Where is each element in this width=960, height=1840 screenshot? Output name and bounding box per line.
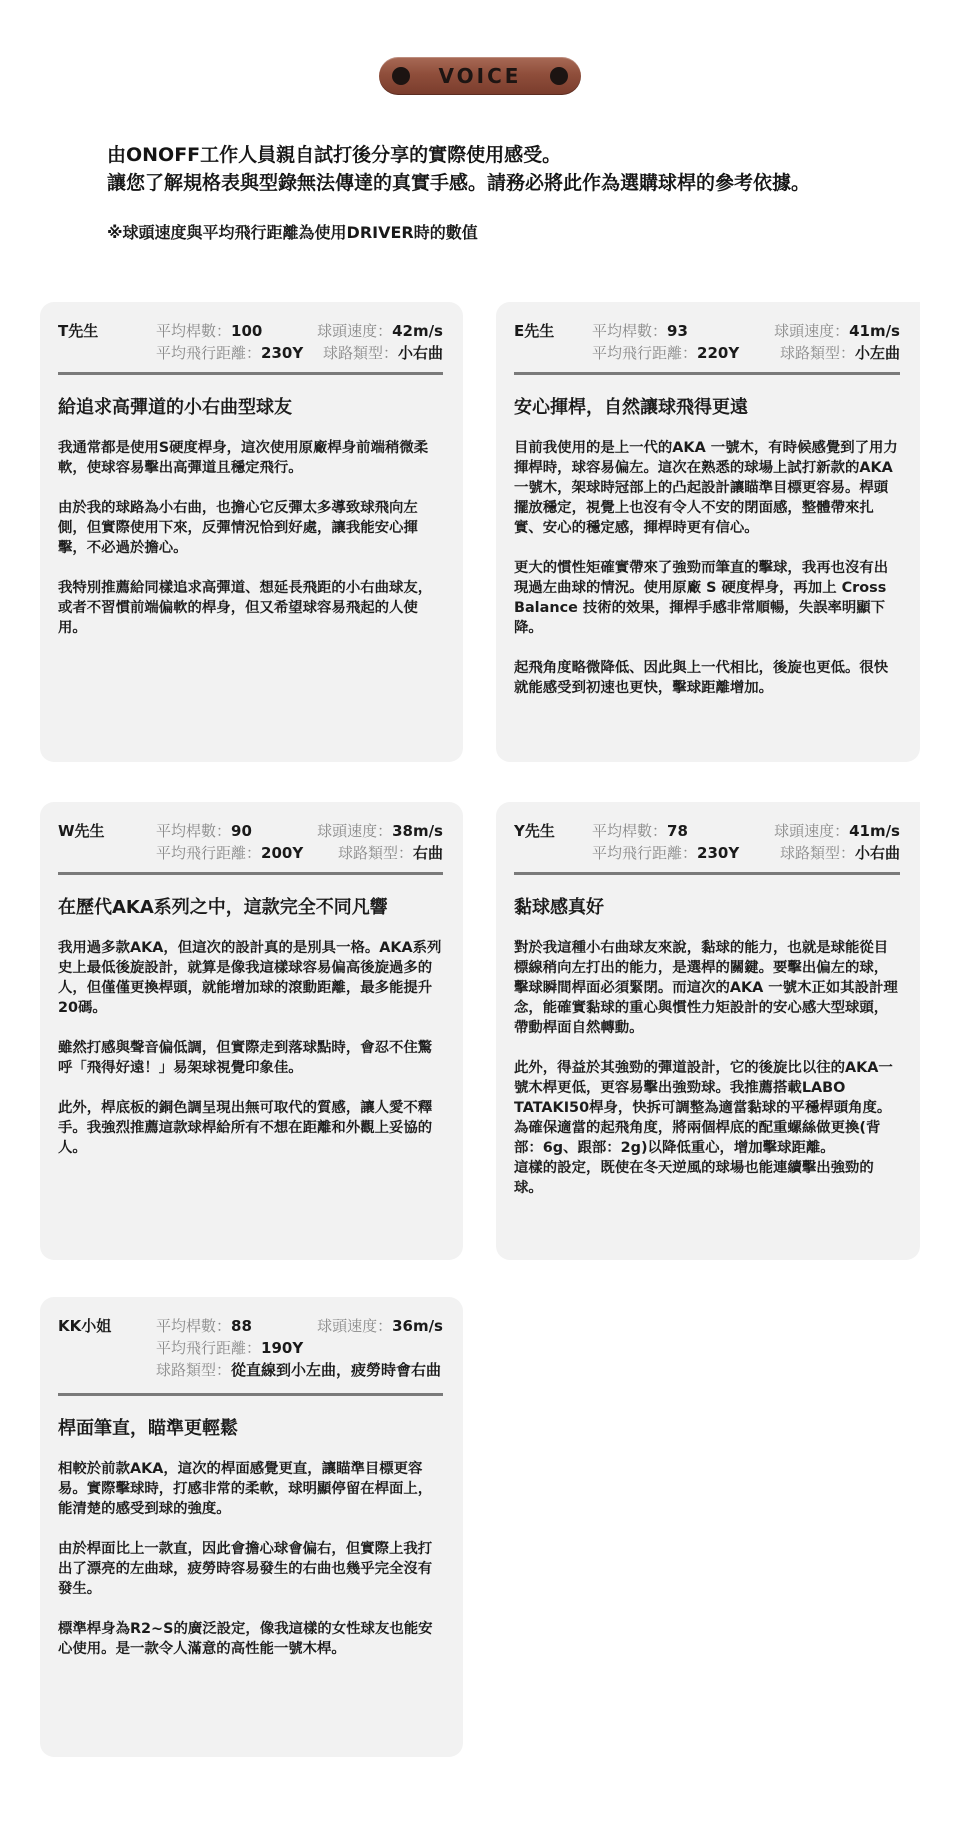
stat-label: 平均飛行距離： [156, 1339, 261, 1357]
stat-label: 平均飛行距離： [156, 344, 261, 362]
review-paragraph: 對於我這種小右曲球友來說，黏球的能力，也就是球能從目標線稍向左打出的能力，是選桿… [514, 938, 900, 1038]
divider [514, 872, 900, 875]
reviewer-name: Y先生 [514, 820, 555, 841]
stat-head-speed: 球頭速度：41m/s [774, 320, 900, 341]
stat-value: 93 [667, 322, 688, 340]
review-paragraph: 更大的慣性矩確實帶來了強勁而筆直的擊球，我再也沒有出現過左曲球的情況。使用原廠 … [514, 558, 900, 638]
divider [514, 372, 900, 375]
review-title: 桿面筆直，瞄準更輕鬆 [58, 1416, 443, 1442]
stat-value: 41m/s [849, 322, 900, 340]
reviewer-name: E先生 [514, 320, 554, 341]
stat-ball-path: 球路類型：右曲 [338, 842, 443, 863]
review-paragraph: 標準桿身為R2~S的廣泛設定，像我這樣的女性球友也能安心使用。是一款令人滿意的高… [58, 1619, 443, 1659]
review-paragraph: 雖然打感與聲音偏低調，但實際走到落球點時，會忍不住驚呼「飛得好遠！」易架球視覺印… [58, 1038, 443, 1078]
stat-label: 球路類型： [780, 344, 855, 362]
review-title: 給追求高彈道的小右曲型球友 [58, 395, 443, 421]
review-card-kk: KK小姐 平均桿數：88 球頭速度：36m/s 平均飛行距離：190Y 球路類型… [40, 1297, 463, 1757]
review-paragraph: 此外，桿底板的銅色調呈現出無可取代的質感，讓人愛不釋手。我強烈推薦這款球桿給所有… [58, 1098, 443, 1158]
stat-label: 平均桿數： [592, 322, 667, 340]
stat-avg-distance: 平均飛行距離：190Y [156, 1337, 303, 1358]
rivet-icon [392, 67, 410, 85]
stat-avg-strokes: 平均桿數：90 [156, 820, 252, 841]
stat-value: 220Y [697, 344, 739, 362]
intro-text: 由ONOFF工作人員親自試打後分享的實際使用感受。 讓您了解規格表與型錄無法傳達… [107, 141, 810, 197]
stat-avg-strokes: 平均桿數：100 [156, 320, 262, 341]
stat-value: 41m/s [849, 822, 900, 840]
divider [58, 872, 443, 875]
stat-label: 平均桿數： [156, 1317, 231, 1335]
review-paragraph: 我用過多款AKA，但這次的設計真的是別具一格。AKA系列史上最低後旋設計，就算是… [58, 938, 443, 1018]
stat-label: 球頭速度： [774, 322, 849, 340]
stat-avg-distance: 平均飛行距離：220Y [592, 342, 739, 363]
stat-avg-strokes: 平均桿數：93 [592, 320, 688, 341]
review-body: 對於我這種小右曲球友來說，黏球的能力，也就是球能從目標線稍向左打出的能力，是選桿… [514, 938, 900, 1198]
review-header: E先生 平均桿數：93 球頭速度：41m/s 平均飛行距離：220Y 球路類型：… [514, 302, 900, 372]
divider [58, 372, 443, 375]
stat-head-speed: 球頭速度：41m/s [774, 820, 900, 841]
stat-avg-strokes: 平均桿數：88 [156, 1315, 252, 1336]
stat-label: 平均桿數： [156, 822, 231, 840]
stat-ball-path: 球路類型：小右曲 [780, 842, 900, 863]
measurement-note: ※球頭速度與平均飛行距離為使用DRIVER時的數值 [107, 220, 478, 243]
stat-label: 球頭速度： [317, 822, 392, 840]
review-body: 目前我使用的是上一代的AKA 一號木，有時候感覺到了用力揮桿時，球容易偏左。這次… [514, 438, 900, 698]
review-body: 相較於前款AKA，這次的桿面感覺更直，讓瞄準目標更容易。實際擊球時，打感非常的柔… [58, 1459, 443, 1659]
stat-ball-path: 球路類型：從直線到小左曲，疲勞時會右曲 [156, 1359, 441, 1380]
review-card-y: Y先生 平均桿數：78 球頭速度：41m/s 平均飛行距離：230Y 球路類型：… [496, 802, 920, 1260]
stat-value: 90 [231, 822, 252, 840]
stat-value: 230Y [697, 844, 739, 862]
stat-label: 球路類型： [156, 1361, 231, 1379]
stat-value: 小右曲 [398, 344, 443, 362]
reviewer-name: T先生 [58, 320, 98, 341]
stat-avg-distance: 平均飛行距離：230Y [592, 842, 739, 863]
review-header: KK小姐 平均桿數：88 球頭速度：36m/s 平均飛行距離：190Y 球路類型… [58, 1297, 443, 1393]
review-paragraph: 此外，得益於其強勁的彈道設計，它的後旋比以往的AKA一號木桿更低，更容易擊出強勁… [514, 1058, 900, 1198]
stat-ball-path: 球路類型：小右曲 [323, 342, 443, 363]
review-paragraph: 我特別推薦給同樣追求高彈道、想延長飛距的小右曲球友，或者不習慣前端偏軟的桿身，但… [58, 578, 443, 638]
stat-label: 球頭速度： [317, 1317, 392, 1335]
stat-value: 從直線到小左曲，疲勞時會右曲 [231, 1361, 441, 1379]
review-paragraph: 我通常都是使用S硬度桿身，這次使用原廠桿身前端稍微柔軟，使球容易擊出高彈道且穩定… [58, 438, 443, 478]
review-title: 在歷代AKA系列之中，這款完全不同凡響 [58, 895, 443, 921]
stat-value: 小左曲 [855, 344, 900, 362]
stat-label: 球頭速度： [774, 822, 849, 840]
divider [58, 1393, 443, 1396]
review-body: 我通常都是使用S硬度桿身，這次使用原廠桿身前端稍微柔軟，使球容易擊出高彈道且穩定… [58, 438, 443, 638]
stat-label: 球路類型： [338, 844, 413, 862]
stat-value: 38m/s [392, 822, 443, 840]
voice-badge-label: VOICE [439, 64, 522, 88]
voice-badge: VOICE [379, 57, 581, 95]
stat-avg-strokes: 平均桿數：78 [592, 820, 688, 841]
stat-ball-path: 球路類型：小左曲 [780, 342, 900, 363]
stat-head-speed: 球頭速度：36m/s [317, 1315, 443, 1336]
intro-line-2: 讓您了解規格表與型錄無法傳達的真實手感。請務必將此作為選購球桿的參考依據。 [107, 169, 810, 197]
stat-avg-distance: 平均飛行距離：230Y [156, 342, 303, 363]
stat-label: 平均桿數： [156, 322, 231, 340]
stat-value: 36m/s [392, 1317, 443, 1335]
stat-value: 200Y [261, 844, 303, 862]
stat-avg-distance: 平均飛行距離：200Y [156, 842, 303, 863]
stat-value: 78 [667, 822, 688, 840]
reviewer-name: W先生 [58, 820, 105, 841]
review-card-w: W先生 平均桿數：90 球頭速度：38m/s 平均飛行距離：200Y 球路類型：… [40, 802, 463, 1260]
stat-label: 球路類型： [323, 344, 398, 362]
stat-label: 平均飛行距離： [592, 844, 697, 862]
intro-line-1: 由ONOFF工作人員親自試打後分享的實際使用感受。 [107, 141, 810, 169]
stat-value: 42m/s [392, 322, 443, 340]
reviewer-name: KK小姐 [58, 1315, 111, 1336]
review-header: T先生 平均桿數：100 球頭速度：42m/s 平均飛行距離：230Y 球路類型… [58, 302, 443, 372]
review-paragraph: 由於我的球路為小右曲，也擔心它反彈太多導致球飛向左側，但實際使用下來，反彈情況恰… [58, 498, 443, 558]
stat-value: 230Y [261, 344, 303, 362]
stat-value: 右曲 [413, 844, 443, 862]
stat-value: 190Y [261, 1339, 303, 1357]
review-paragraph: 由於桿面比上一款直，因此會擔心球會偏右，但實際上我打出了漂亮的左曲球，疲勞時容易… [58, 1539, 443, 1599]
stat-head-speed: 球頭速度：38m/s [317, 820, 443, 841]
review-header: W先生 平均桿數：90 球頭速度：38m/s 平均飛行距離：200Y 球路類型：… [58, 802, 443, 872]
stat-head-speed: 球頭速度：42m/s [317, 320, 443, 341]
stat-value: 88 [231, 1317, 252, 1335]
review-body: 我用過多款AKA，但這次的設計真的是別具一格。AKA系列史上最低後旋設計，就算是… [58, 938, 443, 1158]
review-paragraph: 相較於前款AKA，這次的桿面感覺更直，讓瞄準目標更容易。實際擊球時，打感非常的柔… [58, 1459, 443, 1519]
stat-label: 平均飛行距離： [156, 844, 261, 862]
stat-value: 100 [231, 322, 262, 340]
review-title: 安心揮桿，自然讓球飛得更遠 [514, 395, 900, 421]
review-paragraph: 目前我使用的是上一代的AKA 一號木，有時候感覺到了用力揮桿時，球容易偏左。這次… [514, 438, 900, 538]
stat-value: 小右曲 [855, 844, 900, 862]
rivet-icon [550, 67, 568, 85]
review-title: 黏球感真好 [514, 895, 900, 921]
review-card-e: E先生 平均桿數：93 球頭速度：41m/s 平均飛行距離：220Y 球路類型：… [496, 302, 920, 762]
review-header: Y先生 平均桿數：78 球頭速度：41m/s 平均飛行距離：230Y 球路類型：… [514, 802, 900, 872]
stat-label: 平均飛行距離： [592, 344, 697, 362]
review-card-t: T先生 平均桿數：100 球頭速度：42m/s 平均飛行距離：230Y 球路類型… [40, 302, 463, 762]
review-paragraph: 起飛角度略微降低、因此與上一代相比，後旋也更低。很快就能感受到初速也更快，擊球距… [514, 658, 900, 698]
stat-label: 球路類型： [780, 844, 855, 862]
stat-label: 球頭速度： [317, 322, 392, 340]
stat-label: 平均桿數： [592, 822, 667, 840]
